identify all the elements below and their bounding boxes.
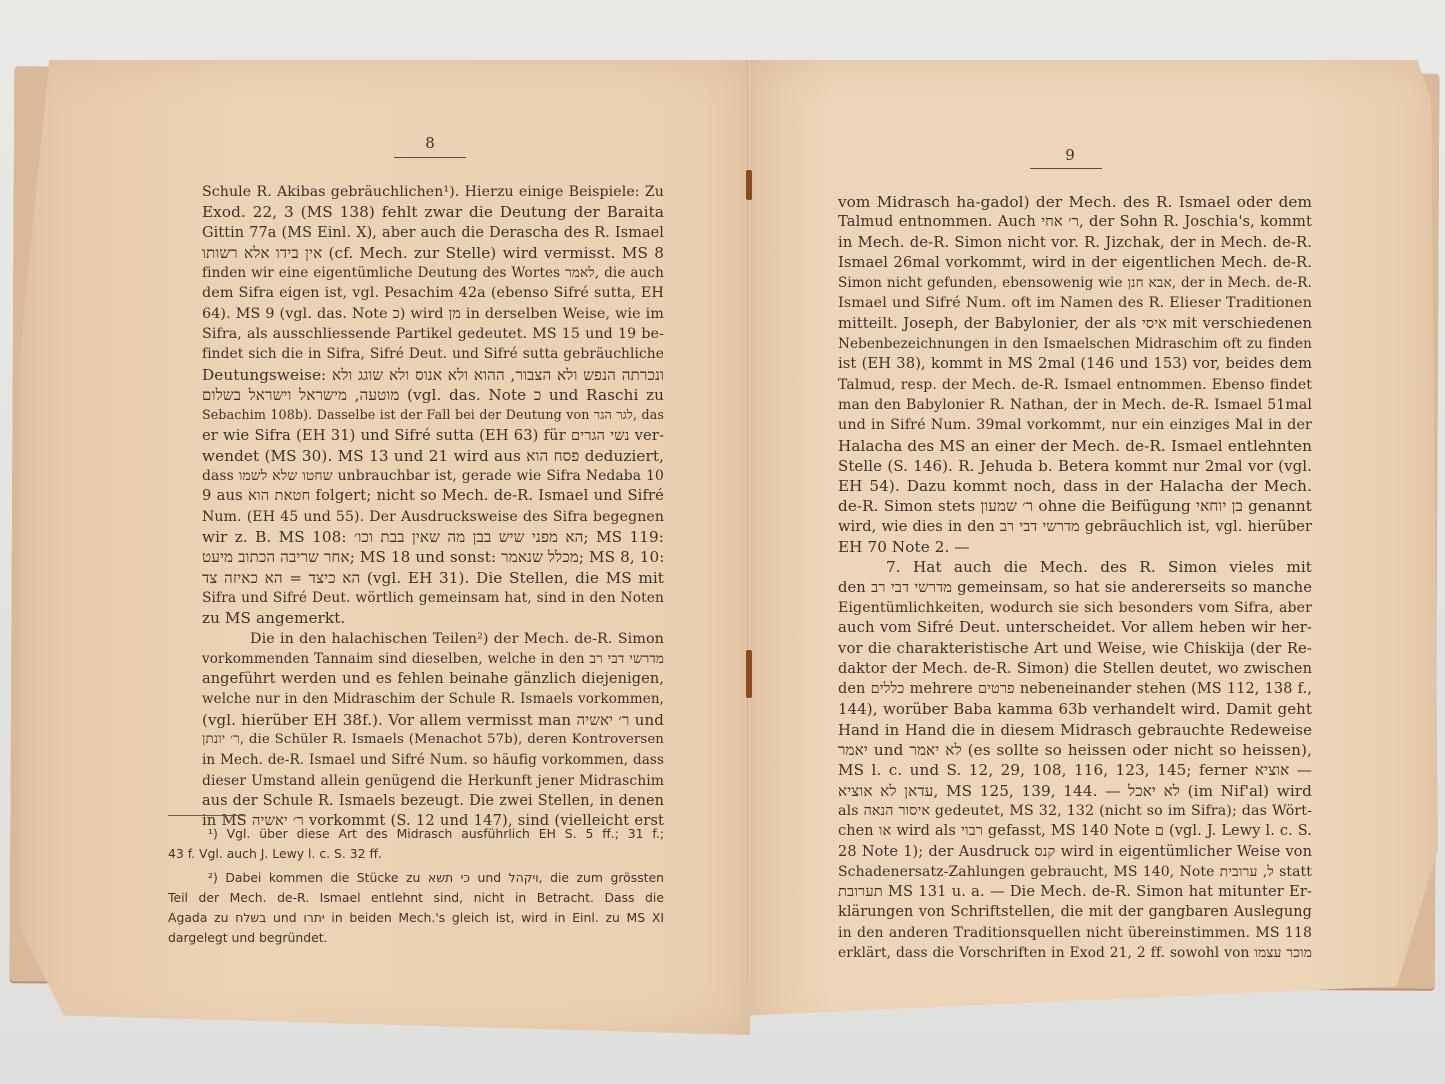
text-line: (vgl. hierüber EH 38f.). Vor allem vermi…: [202, 710, 664, 730]
text-line: ist (EH 38), kommt in MS 2mal (146 und 1…: [838, 354, 1312, 374]
text-line: angeführt werden und es fehlen beinahe g…: [202, 669, 664, 689]
text-line: Schadenersatz-Zahlungen gebraucht, MS 14…: [838, 862, 1312, 882]
text-line: den כללים mehrere פרטים nebeneinander st…: [838, 679, 1312, 699]
footnote-1-line: ¹) Vgl. über diese Art des Midrasch ausf…: [168, 824, 664, 844]
text-line: Num. (EH 45 und 55). Der Ausdrucksweise …: [202, 507, 664, 527]
text-line: Schule R. Akibas gebräuchlichen¹). Hierz…: [202, 182, 664, 202]
paragraph-start-line: Die in den halachischen Teilen²) der Mec…: [202, 629, 664, 649]
text-line: mitteilt. Joseph, der Babylonier, der al…: [838, 314, 1312, 334]
text-line: 28 Note 1); der Ausdruck קנס wird in eig…: [838, 842, 1312, 862]
text-line: findet sich die in Sifra, Sifré Deut. un…: [202, 344, 664, 364]
footnote-2-line: ²) Dabei kommen die Stücke zu כי תשא und…: [168, 868, 664, 888]
text-line: Talmud entnommen. Auch ר׳ אחי, der Sohn …: [838, 212, 1312, 232]
text-line: יאמר und לא יאמר (es sollte so heissen o…: [838, 740, 1312, 760]
text-line: zu MS angemerkt.: [202, 608, 664, 628]
footnote-1-line: 43 f. Vgl. auch J. Lewy l. c. S. 32 ff.: [168, 844, 664, 864]
text-line: dieser Umstand allein genügend die Herku…: [202, 771, 664, 791]
text-line: Sifra und Sifré Deut. wörtlich gemeinsam…: [202, 588, 664, 608]
text-line: aus der Schule R. Ismaels bezeugt. Die z…: [202, 791, 664, 811]
text-line: finden wir eine eigentümliche Deutung de…: [202, 263, 664, 283]
text-line: er wie Sifra (EH 31) und Sifré sutta (EH…: [202, 426, 664, 446]
text-line: Talmud, resp. der Mech. de-R. Ismael ent…: [838, 375, 1312, 395]
text-line: תערובת MS 131 u. a. — Die Mech. de-R. Si…: [838, 882, 1312, 902]
text-line: man den Babylonier R. Nathan, der in Mec…: [838, 395, 1312, 415]
text-line: dass שחטו שלא לשמו unbrauchbar ist, gera…: [202, 466, 664, 486]
text-line: 64). MS 9 (vgl. das. Note כ) wird מן in …: [202, 304, 664, 324]
right-page-number-rule: [1030, 168, 1102, 169]
text-line: wir z. B. MS 108: הא מפני שיש בבן מה שאי…: [202, 527, 664, 547]
text-line: Deutungsweise: ונכרתה הנפש ולא הצבור, הה…: [202, 365, 664, 385]
text-line: Gittin 77a (MS Einl. X), aber auch die D…: [202, 223, 664, 243]
text-line: welche nur in den Midraschim der Schule …: [202, 689, 664, 709]
text-line: 144), worüber Baba kamma 63b verhandelt …: [838, 699, 1312, 719]
text-line: und in Sifré Num. 39mal vorkommt, nur ei…: [838, 415, 1312, 435]
text-line: wird, wie dies in den מדרשי דבי רב gebrä…: [838, 517, 1312, 537]
text-line: klärungen von Schriftstellen, die mit de…: [838, 902, 1312, 922]
text-line: Nebenbezeichnungen in den Ismaelschen Mi…: [838, 334, 1312, 354]
text-line: vorkommenden Tannaim sind dieselben, wel…: [202, 649, 664, 669]
right-page-number: 9: [1030, 146, 1110, 164]
footnote-2-line: Agada zu בשלח und יתרו in beiden Mech.'s…: [168, 908, 664, 928]
text-line: auch vom Sifré Deut. unterscheidet. Vor …: [838, 618, 1312, 638]
text-line: Exod. 22, 3 (MS 138) fehlt zwar die Deut…: [202, 202, 664, 222]
text-line: vor die charakteristische Art und Weise,…: [838, 639, 1312, 659]
text-line: ר׳ יונתן, die Schüler R. Ismaels (Menach…: [202, 730, 664, 750]
text-line: in Mech. de-R. Simon nicht vor. R. Jizch…: [838, 233, 1312, 253]
text-line: dem Sifra eigen ist, vgl. Pesachim 42a (…: [202, 283, 664, 303]
text-line: מוטעה, מישראל וישראל בשלום (vgl. das. No…: [202, 385, 664, 405]
right-page-body: vom Midrasch ha-gadol) der Mech. des R. …: [838, 192, 1312, 963]
text-line: erklärt, dass die Vorschriften in Exod 2…: [838, 943, 1312, 963]
text-line: 9 aus חטאת הוא folgert; nicht so Mech. d…: [202, 486, 664, 506]
paragraph-start-line: 7. Hat auch die Mech. des R. Simon viele…: [838, 557, 1312, 577]
text-line: Sebachim 108b). Dasselbe ist der Fall be…: [202, 405, 664, 425]
footnote-2-line: Teil der Mech. de-R. Ismael entlehnt sin…: [168, 888, 664, 908]
text-line: wendet (MS 30). MS 13 und 21 wird aus פס…: [202, 446, 664, 466]
text-line: Ismael 26mal vorkommt, wird in der eigen…: [838, 253, 1312, 273]
text-line: Hand in Hand die in diesem Midrasch gebr…: [838, 720, 1312, 740]
left-page-number: 8: [390, 134, 470, 152]
binding-stitch-bottom: [746, 650, 752, 698]
text-line: chen או wird als רבוי gefasst, MS 140 No…: [838, 821, 1312, 841]
text-line: daktor der Mech. de-R. Simon) die Stelle…: [838, 659, 1312, 679]
text-line: Eigentümlichkeiten, wodurch sie sich bes…: [838, 598, 1312, 618]
text-line: als איסור הנאה gedeutet, MS 32, 132 (nic…: [838, 801, 1312, 821]
text-line: Sifra, als ausschliessende Partikel gede…: [202, 324, 664, 344]
footnote-2-line: dargelegt und begründet.: [168, 928, 664, 948]
text-line: MS l. c. und S. 12, 29, 108, 116, 123, 1…: [838, 760, 1312, 780]
text-line: אחר שריבה הכתוב מיעט; MS 18 und sonst: מ…: [202, 547, 664, 567]
text-line: de-R. Simon stets ר׳ שמעון ohne die Beif…: [838, 496, 1312, 516]
binding-stitch-top: [746, 170, 752, 200]
text-line: EH 70 Note 2. —: [838, 537, 1312, 557]
text-line: Halacha des MS an einer der Mech. de-R. …: [838, 436, 1312, 456]
text-line: vom Midrasch ha-gadol) der Mech. des R. …: [838, 192, 1312, 212]
text-line: in Mech. de-R. Ismael und Sifré Num. so …: [202, 750, 664, 770]
text-line: הא כיצד = הא כאיזה צד (vgl. EH 31). Die …: [202, 568, 664, 588]
text-line: in den anderen Traditionsquellen nicht ü…: [838, 923, 1312, 943]
left-page-footnotes: ¹) Vgl. über diese Art des Midrasch ausf…: [168, 824, 664, 948]
text-line: EH 54). Dazu kommt noch, dass in der Hal…: [838, 476, 1312, 496]
text-line: אין בידו אלא רשותו (cf. Mech. zur Stelle…: [202, 243, 664, 263]
text-line: den מדרשי דבי רב gemeinsam, so hat sie a…: [838, 578, 1312, 598]
text-line: Stelle (S. 146). R. Jehuda b. Betera kom…: [838, 456, 1312, 476]
text-line: עדאן לא אוציא, MS 125, 139, 144. — לא יא…: [838, 781, 1312, 801]
left-page-number-rule: [394, 157, 466, 158]
text-line: Simon nicht gefunden, ebensowenig wie אב…: [838, 273, 1312, 293]
text-line: Ismael und Sifré Num. oft im Namen des R…: [838, 293, 1312, 313]
left-page-body: Schule R. Akibas gebräuchlichen¹). Hierz…: [202, 182, 664, 832]
footnote-separator: [168, 815, 246, 816]
